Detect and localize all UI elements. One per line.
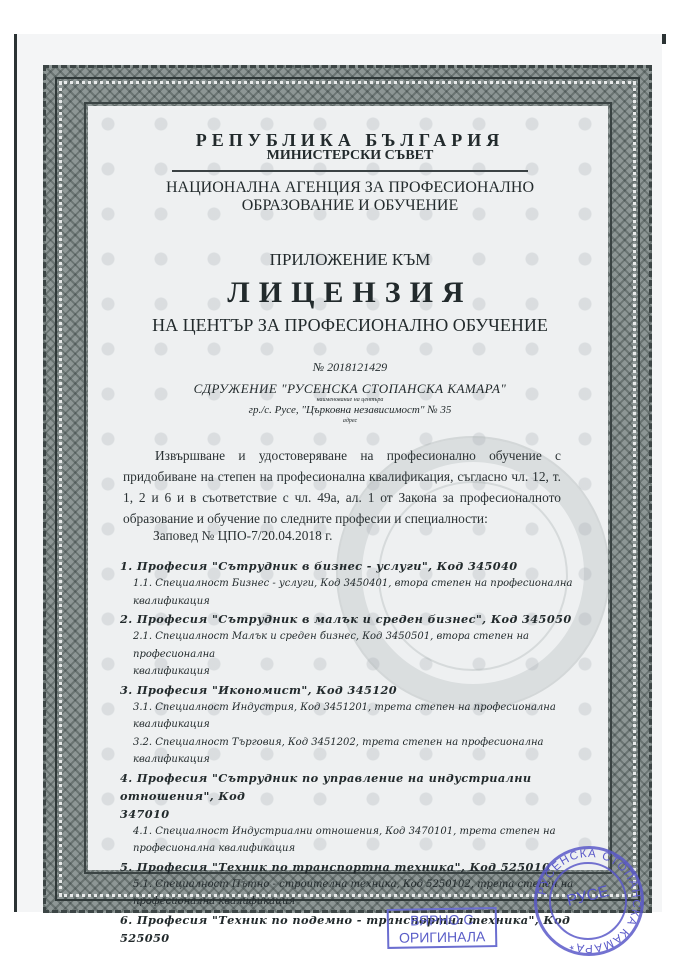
profession-item: 4. Професия "Сътрудник по управление на … xyxy=(120,769,600,805)
document-title: ЛИЦЕНЗИЯ xyxy=(0,276,700,310)
specialty-item: 2.1. Специалност Малък и среден бизнес, … xyxy=(120,628,600,681)
specialty-text: 1.1. Специалност Бизнес - услуги, Код 34… xyxy=(133,578,572,589)
agency-line-1: НАЦИОНАЛНА АГЕНЦИЯ ЗА ПРОФЕСИОНАЛНО xyxy=(0,179,700,197)
certified-copy-line-2: ОРИГИНАЛА xyxy=(389,928,495,947)
specialty-text-continued: квалификация xyxy=(133,663,600,681)
specialty-item: 1.1. Специалност Бизнес - услуги, Код 34… xyxy=(120,575,600,610)
specialty-text-continued: професионална квалификация xyxy=(133,893,600,911)
specialty-text-continued: професионална квалификация xyxy=(133,840,600,858)
certified-copy-stamp: ВЯРНО С ОРИГИНАЛА xyxy=(387,907,498,949)
profession-item: 2. Професия "Сътрудник в малък и среден … xyxy=(120,610,600,628)
specialty-item: 4.1. Специалност Индустриални отношения,… xyxy=(120,823,600,858)
specialty-text-continued: квалификация xyxy=(133,716,600,734)
paper-edge xyxy=(14,34,17,912)
specialty-text: 2.1. Специалност Малък и среден бизнес, … xyxy=(133,631,529,660)
certified-copy-line-1: ВЯРНО С xyxy=(389,911,495,930)
specialty-item: 3.1. Специалност Индустрия, Код 3451201,… xyxy=(120,699,600,734)
profession-item: 6. Професия "Техник по подемно - транспо… xyxy=(120,911,600,947)
body-paragraph: Извършване и удостоверяване на професион… xyxy=(123,445,561,529)
professions-list: 1. Професия "Сътрудник в бизнес - услуги… xyxy=(120,557,600,947)
order-reference: Заповед № ЦПО-7/20.04.2018 г. xyxy=(153,528,332,544)
specialty-text-continued: квалификация xyxy=(133,593,600,611)
title-prefix: ПРИЛОЖЕНИЕ КЪМ xyxy=(0,250,700,270)
agency-line-2: ОБРАЗОВАНИЕ И ОБУЧЕНИЕ xyxy=(0,197,700,215)
profession-item: 5. Професия "Техник по транспортна техни… xyxy=(120,858,600,876)
organization-name-caption: наименование на центъра xyxy=(0,397,700,403)
specialty-text: 3.2. Специалност Търговия, Код 3451202, … xyxy=(133,737,544,766)
profession-item: 3. Професия "Икономист", Код 345120 xyxy=(120,681,600,699)
body-text: Извършване и удостоверяване на професион… xyxy=(123,445,561,529)
license-number: № 2018121429 xyxy=(0,360,700,375)
organization-address-caption: адрес xyxy=(0,418,700,424)
profession-item: 1. Професия "Сътрудник в бизнес - услуги… xyxy=(120,557,600,575)
profession-item-continued: 347010 xyxy=(120,805,600,823)
document-subtitle: НА ЦЕНТЪР ЗА ПРОФЕСИОНАЛНО ОБУЧЕНИЕ xyxy=(0,315,700,336)
specialty-text: 5.1. Специалност Пътно - строителна техн… xyxy=(133,879,573,890)
ministry-heading: МИНИСТЕРСКИ СЪВЕТ xyxy=(0,148,700,164)
specialty-item: 3.2. Специалност Търговия, Код 3451202, … xyxy=(120,734,600,769)
header-divider xyxy=(172,170,528,172)
paper-edge-corner xyxy=(662,34,666,44)
specialty-item: 5.1. Специалност Пътно - строителна техн… xyxy=(120,876,600,911)
specialty-text: 4.1. Специалност Индустриални отношения,… xyxy=(133,826,556,837)
specialty-text: 3.1. Специалност Индустрия, Код 3451201,… xyxy=(133,702,556,713)
organization-name: СДРУЖЕНИЕ "РУСЕНСКА СТОПАНСКА КАМАРА" xyxy=(0,381,700,397)
organization-address: гр./с. Русе, "Църковна независимост" № 3… xyxy=(0,404,700,416)
